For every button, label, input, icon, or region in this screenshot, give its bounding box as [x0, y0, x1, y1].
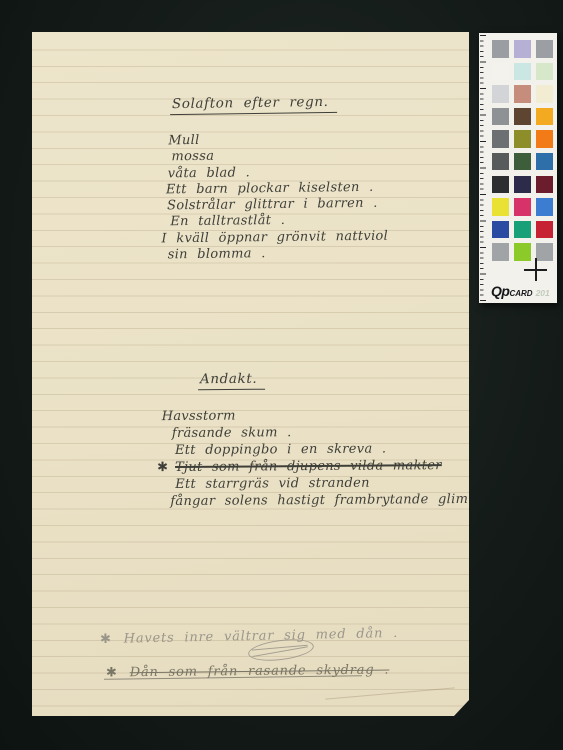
poem1-title: Solafton efter regn. [170, 94, 337, 115]
color-swatch [536, 130, 553, 148]
poem-line-text: fräsande skum . [172, 425, 292, 441]
poem1-stanza: Mullmossavåta blad .Ett barn plockar kis… [165, 131, 388, 264]
color-swatch [536, 176, 553, 194]
qpcard-brand-text: Qp [491, 283, 509, 299]
color-swatch [536, 221, 553, 239]
color-swatch [536, 63, 553, 81]
color-swatch [492, 40, 509, 58]
color-swatch [492, 63, 509, 81]
color-swatch [492, 243, 509, 261]
color-swatch [492, 108, 509, 126]
ruler-ticks [479, 35, 489, 301]
poem-line-text: Mull [168, 133, 199, 148]
poem-line-text: I kväll öppnar grönvit nattviol [161, 228, 388, 246]
poem-line-text: Solstrålar glittrar i barren . [167, 196, 378, 214]
color-swatch [514, 63, 531, 81]
color-swatch [492, 198, 509, 216]
color-swatch [514, 176, 531, 194]
poem2-stanza: Havsstormfräsande skum .Ett doppingbo i … [162, 406, 474, 510]
poem-line: fräsande skum . [172, 423, 474, 442]
color-swatch [536, 108, 553, 126]
color-swatch-grid [492, 40, 553, 261]
margin-asterisk: ✱ [100, 632, 112, 647]
color-swatch [492, 221, 509, 239]
color-swatch [514, 198, 531, 216]
margin-asterisk: ✱ [157, 459, 168, 476]
color-swatch [514, 40, 531, 58]
color-swatch [492, 153, 509, 171]
poem-line-text: Ett doppingbo i en skreva . [175, 442, 387, 458]
color-swatch [514, 108, 531, 126]
poem-line-text: En talltrastlåt . [170, 213, 285, 229]
color-swatch [536, 85, 553, 103]
poem-line-text: sin blomma . [168, 246, 266, 262]
color-swatch [492, 85, 509, 103]
qpcard-brand-word: CARD [509, 289, 532, 298]
registration-cross-icon [524, 258, 547, 281]
color-swatch [492, 176, 509, 194]
poem-line-text: mossa [171, 149, 214, 165]
poem-line: Ett starrgräs vid stranden [175, 474, 474, 493]
poem-line-text: Ett starrgräs vid stranden [175, 476, 370, 492]
color-swatch [514, 221, 531, 239]
color-swatch [536, 153, 553, 171]
qpcard-logo: Qp CARD 201 [491, 283, 550, 299]
poem2-title: Andakt. [198, 371, 265, 391]
poem-line-text: Tjut som från djupens vilda makter [175, 458, 442, 475]
color-swatch [514, 153, 531, 171]
poem-line-text: Ett barn plockar kiselsten . [166, 180, 374, 198]
poem-line-text: fångar solens hastigt frambrytande glimt [170, 492, 474, 509]
poem-line-text: Havsstorm [162, 409, 236, 425]
color-swatch [492, 130, 509, 148]
poem-line: Ett doppingbo i en skreva . [175, 440, 474, 459]
poem-line: ✱Tjut som från djupens vilda makter [175, 457, 474, 476]
qpcard-model-number: 201 [536, 288, 550, 298]
color-swatch [514, 85, 531, 103]
poem-line: Havsstorm [162, 406, 474, 425]
poem-line: fångar solens hastigt frambrytande glimt [170, 491, 474, 510]
manuscript-paper: Solafton efter regn. Mullmossavåta blad … [32, 32, 469, 716]
poem-line-text: våta blad . [168, 165, 251, 181]
color-swatch [536, 40, 553, 58]
qpcard-color-target: Qp CARD 201 [479, 33, 557, 303]
poem-line: sin blomma . [168, 245, 389, 264]
color-swatch [536, 198, 553, 216]
color-swatch [514, 130, 531, 148]
